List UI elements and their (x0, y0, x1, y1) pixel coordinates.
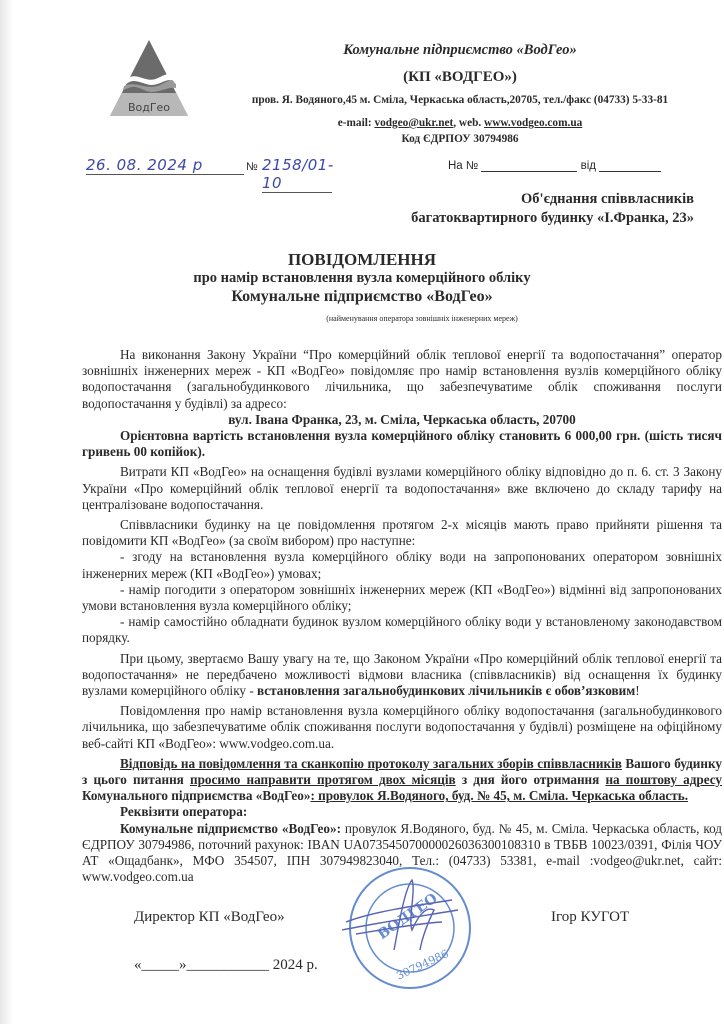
requisites-heading: Реквізити оператора: (82, 804, 722, 820)
document-subheading: про намір встановлення вузла комерційног… (0, 270, 724, 287)
vodgeo-logo-icon: ВодГео (108, 38, 190, 120)
option-item: - згоду на встановлення вузла комерційно… (82, 549, 722, 581)
org-short-name: (КП «ВОДГЕО») (230, 69, 690, 86)
paragraph-rights: Співвласники будинку на це повідомлення … (82, 517, 722, 549)
document-heading: ПОВІДОМЛЕННЯ (0, 250, 724, 270)
operator-caption: (найменування оператора зовнішніх інжене… (0, 314, 724, 323)
paragraph-mandatory: При цьому, звертаємо Вашу увагу на те, щ… (82, 651, 722, 700)
paragraph-response-request: Відповідь на повідомлення та сканкопію п… (82, 756, 722, 805)
installation-cost: Орієнтовна вартість встановлення вузла к… (82, 428, 722, 460)
email-link[interactable]: vodgeo@ukr.net (374, 117, 453, 129)
signature-date-line: «_____»___________ 2024 р. (134, 957, 318, 974)
reference-number-blank (481, 171, 577, 172)
scan-page-edge (0, 0, 14, 1024)
outgoing-date: 26. 08. 2024 р (86, 156, 244, 175)
svg-text:30794986: 30794986 (394, 947, 450, 982)
org-name: Комунальне підприємство «ВодГео» (230, 42, 690, 59)
option-item: - намір погодити з оператором зовнішніх … (82, 582, 722, 614)
recipient-block: Об'єднання співвласників багатоквартирно… (411, 190, 694, 228)
outgoing-number: 2158/01-10 (262, 156, 332, 193)
org-edrpou-code: Код ЄДРПОУ 30794986 (230, 133, 690, 145)
org-address: пров. Я. Водяного,45 м. Сміла, Черкаська… (200, 94, 720, 106)
svg-text:ВодГео: ВодГео (128, 101, 170, 114)
document-body: На виконання Закону України “Про комерці… (82, 347, 722, 886)
operator-name: Комунальне підприємство «ВодГео» (0, 288, 724, 306)
building-address: вул. Івана Франка, 23, м. Сміла, Черкась… (82, 412, 722, 428)
signatory-role: Директор КП «ВодГео» (134, 909, 285, 926)
website-link[interactable]: www.vodgeo.com.ua (484, 117, 582, 129)
outgoing-number-label: № (246, 161, 258, 173)
option-item: - намір самостійно обладнати будинок вуз… (82, 614, 722, 646)
reference-number-field: На № від (448, 160, 661, 172)
signatory-name: Ігор КУГОТ (551, 909, 629, 926)
reference-date-blank (599, 171, 661, 172)
official-stamp-icon: ВОДГЕО 30794986 (342, 860, 472, 995)
paragraph-website: Повідомлення про намір встановлення вузл… (82, 703, 722, 752)
org-contacts: e-mail: vodgeo@ukr.net, web. www.vodgeo.… (230, 117, 690, 129)
paragraph-intro: На виконання Закону України “Про комерці… (82, 347, 722, 412)
paragraph-costs: Витрати КП «ВодГео» на оснащення будівлі… (82, 464, 722, 513)
